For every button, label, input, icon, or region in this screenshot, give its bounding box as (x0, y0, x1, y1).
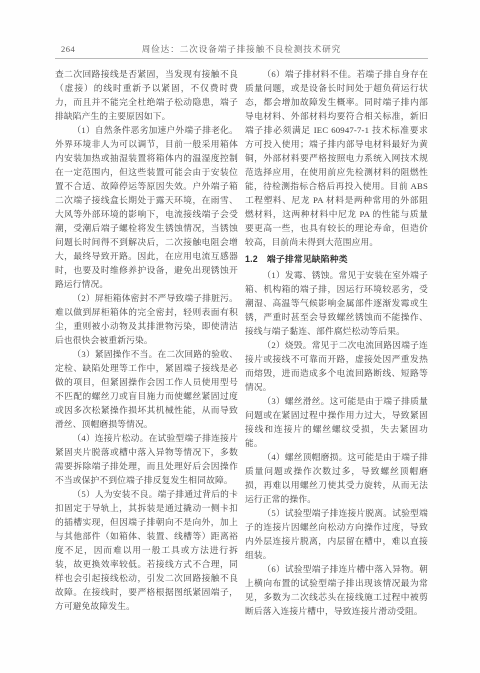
paragraph: （1）自然条件恶劣加速户外端子排老化。外界环境非人为可以调节，目前一般采用箱体内… (55, 123, 238, 291)
paper-page: 264 周俭达：二次设备端子排接触不良检测技术研究 查二次回路接线是否紧固，当发… (0, 0, 480, 673)
paragraph: （1）发霉、锈蚀。常见于安装在室外端子箱、机构箱的端子排，因运行环境较恶劣，受潮… (245, 268, 428, 338)
paragraph: （6）试验型端子排连片槽中落入异物。朝上横向布置的试验型端子排出现该情况最为常见… (245, 562, 428, 618)
paragraph: （3）螺丝滑丝。这可能是由于端子排质量问题或在紧固过程中操作用力过大，导致紧固接… (245, 394, 428, 450)
paragraph: （4）螺丝顶帽磨损。这可能是由于端子排质量问题或操作次数过多，导致螺丝顶帽磨损，… (245, 450, 428, 506)
paragraph: （6）端子排材料不佳。若端子排自身存在质量问题，或是设备长时间处于超负荷运行状态… (245, 67, 428, 249)
paragraph: （2）屏柜箱体密封不严导致端子排脏污。难以做到屏柜箱体的完全密封，轻则表面有积尘… (55, 291, 238, 347)
paragraph: （4）连接片松动。在试验型端子排连接片紧固夹片脱落或槽中落入异物等情况下，多数需… (55, 431, 238, 487)
paragraph: （5）人为安装不良。端子排通过背后的卡扣固定于导轨上，其拆装是通过撬动一侧卡扣的… (55, 487, 238, 613)
paragraph: （5）试验型端子排连接片脱离。试验型端子的连接片因螺丝向松动方向操作过度，导致内… (245, 506, 428, 562)
paragraph: （3）紧固操作不当。在二次回路的验收、定检、缺陷处理等工作中，紧固端子接线是必做… (55, 347, 238, 431)
paragraph: 查二次回路接线是否紧固，当发现有接触不良（虚接）的线时重新予以紧固，不仅费时费力… (55, 67, 238, 123)
paragraph: （2）烧毁。常见于二次电流回路因端子连接片或接线不可靠而开路，虚接处因严重发热而… (245, 338, 428, 394)
running-header: 264 周俭达：二次设备端子排接触不良检测技术研究 (55, 43, 428, 55)
page-number: 264 (61, 43, 75, 55)
subsection-heading-1-2: 1.2 端子排常见缺陷种类 (245, 252, 428, 266)
header-rule (55, 58, 428, 59)
running-title: 周俭达：二次设备端子排接触不良检测技术研究 (55, 43, 428, 55)
article-body: 查二次回路接线是否紧固，当发现有接触不良（虚接）的线时重新予以紧固，不仅费时费力… (55, 67, 428, 623)
